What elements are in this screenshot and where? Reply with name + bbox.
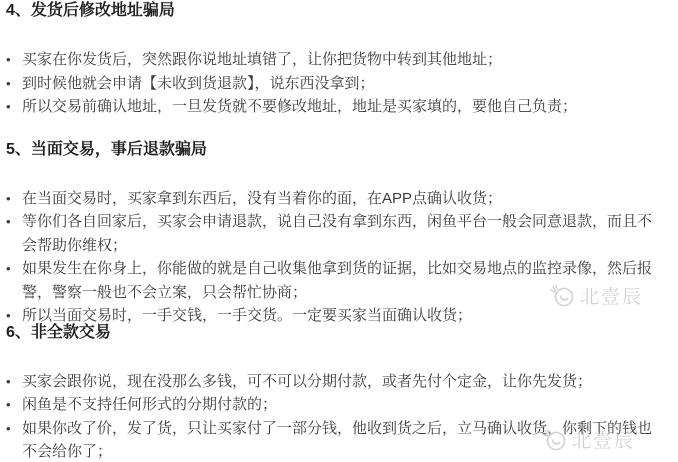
watermark-text: 北壹辰 — [572, 426, 635, 453]
bullet-dot: • — [6, 370, 22, 394]
article-body: 4、发货后修改地址骗局 • 买家在你发货后，突然跟你说地址填错了，让你把货物中转… — [0, 0, 678, 462]
bullet-dot: • — [6, 393, 22, 417]
bullet-item: • 在当面交易时，买家拿到东西后，没有当着你的面，在APP点确认收货； — [6, 187, 662, 211]
bullet-text: 等你们各自回家后，买家会申请退款，说自己没有拿到东西，闲鱼平台一般会同意退款，而… — [22, 210, 662, 257]
bullet-dot: • — [6, 417, 22, 462]
bullet-text: 在当面交易时，买家拿到东西后，没有当着你的面，在APP点确认收货； — [22, 187, 662, 211]
watermark: 北壹辰 — [541, 426, 635, 453]
bullet-dot: • — [6, 72, 22, 96]
watermark-text: 北壹辰 — [580, 282, 643, 309]
bullet-dot: • — [6, 95, 22, 119]
bullet-dot: • — [6, 187, 22, 211]
bullet-dot: • — [6, 257, 22, 304]
watermark-logo-icon — [549, 283, 575, 309]
bullet-item: • 闲鱼是不支持任何形式的分期付款的； — [6, 393, 662, 417]
bullet-text: 买家在你发货后，突然跟你说地址填错了，让你把货物中转到其他地址； — [22, 48, 662, 72]
bullet-item: • 买家会跟你说，现在没那么多钱，可不可以分期付款，或者先付个定金，让你先发货； — [6, 370, 662, 394]
bullet-text: 所以交易前确认地址，一旦发货就不要修改地址，地址是买家填的，要他自己负责； — [22, 95, 662, 119]
bullet-text: 到时候他就会申请【未收到货退款】，说东西没拿到； — [22, 72, 662, 96]
bullet-item: • 所以交易前确认地址，一旦发货就不要修改地址，地址是买家填的，要他自己负责； — [6, 95, 662, 119]
bullet-text: 买家会跟你说，现在没那么多钱，可不可以分期付款，或者先付个定金，让你先发货； — [22, 370, 662, 394]
bullet-dot: • — [6, 48, 22, 72]
bullet-item: • 到时候他就会申请【未收到货退款】，说东西没拿到； — [6, 72, 662, 96]
section-heading: 5、当面交易，事后退款骗局 — [6, 139, 662, 161]
bullet-item: • 买家在你发货后，突然跟你说地址填错了，让你把货物中转到其他地址； — [6, 48, 662, 72]
watermark: 北壹辰 — [549, 282, 643, 309]
section-4: 4、发货后修改地址骗局 • 买家在你发货后，突然跟你说地址填错了，让你把货物中转… — [6, 0, 662, 119]
bullet-list: • 买家在你发货后，突然跟你说地址填错了，让你把货物中转到其他地址； • 到时候… — [6, 48, 662, 119]
watermark-logo-icon — [541, 427, 567, 453]
bullet-dot: • — [6, 210, 22, 257]
bullet-text: 闲鱼是不支持任何形式的分期付款的； — [22, 393, 662, 417]
section-heading: 4、发货后修改地址骗局 — [6, 0, 662, 22]
bullet-item: • 等你们各自回家后，买家会申请退款，说自己没有拿到东西，闲鱼平台一般会同意退款… — [6, 210, 662, 257]
